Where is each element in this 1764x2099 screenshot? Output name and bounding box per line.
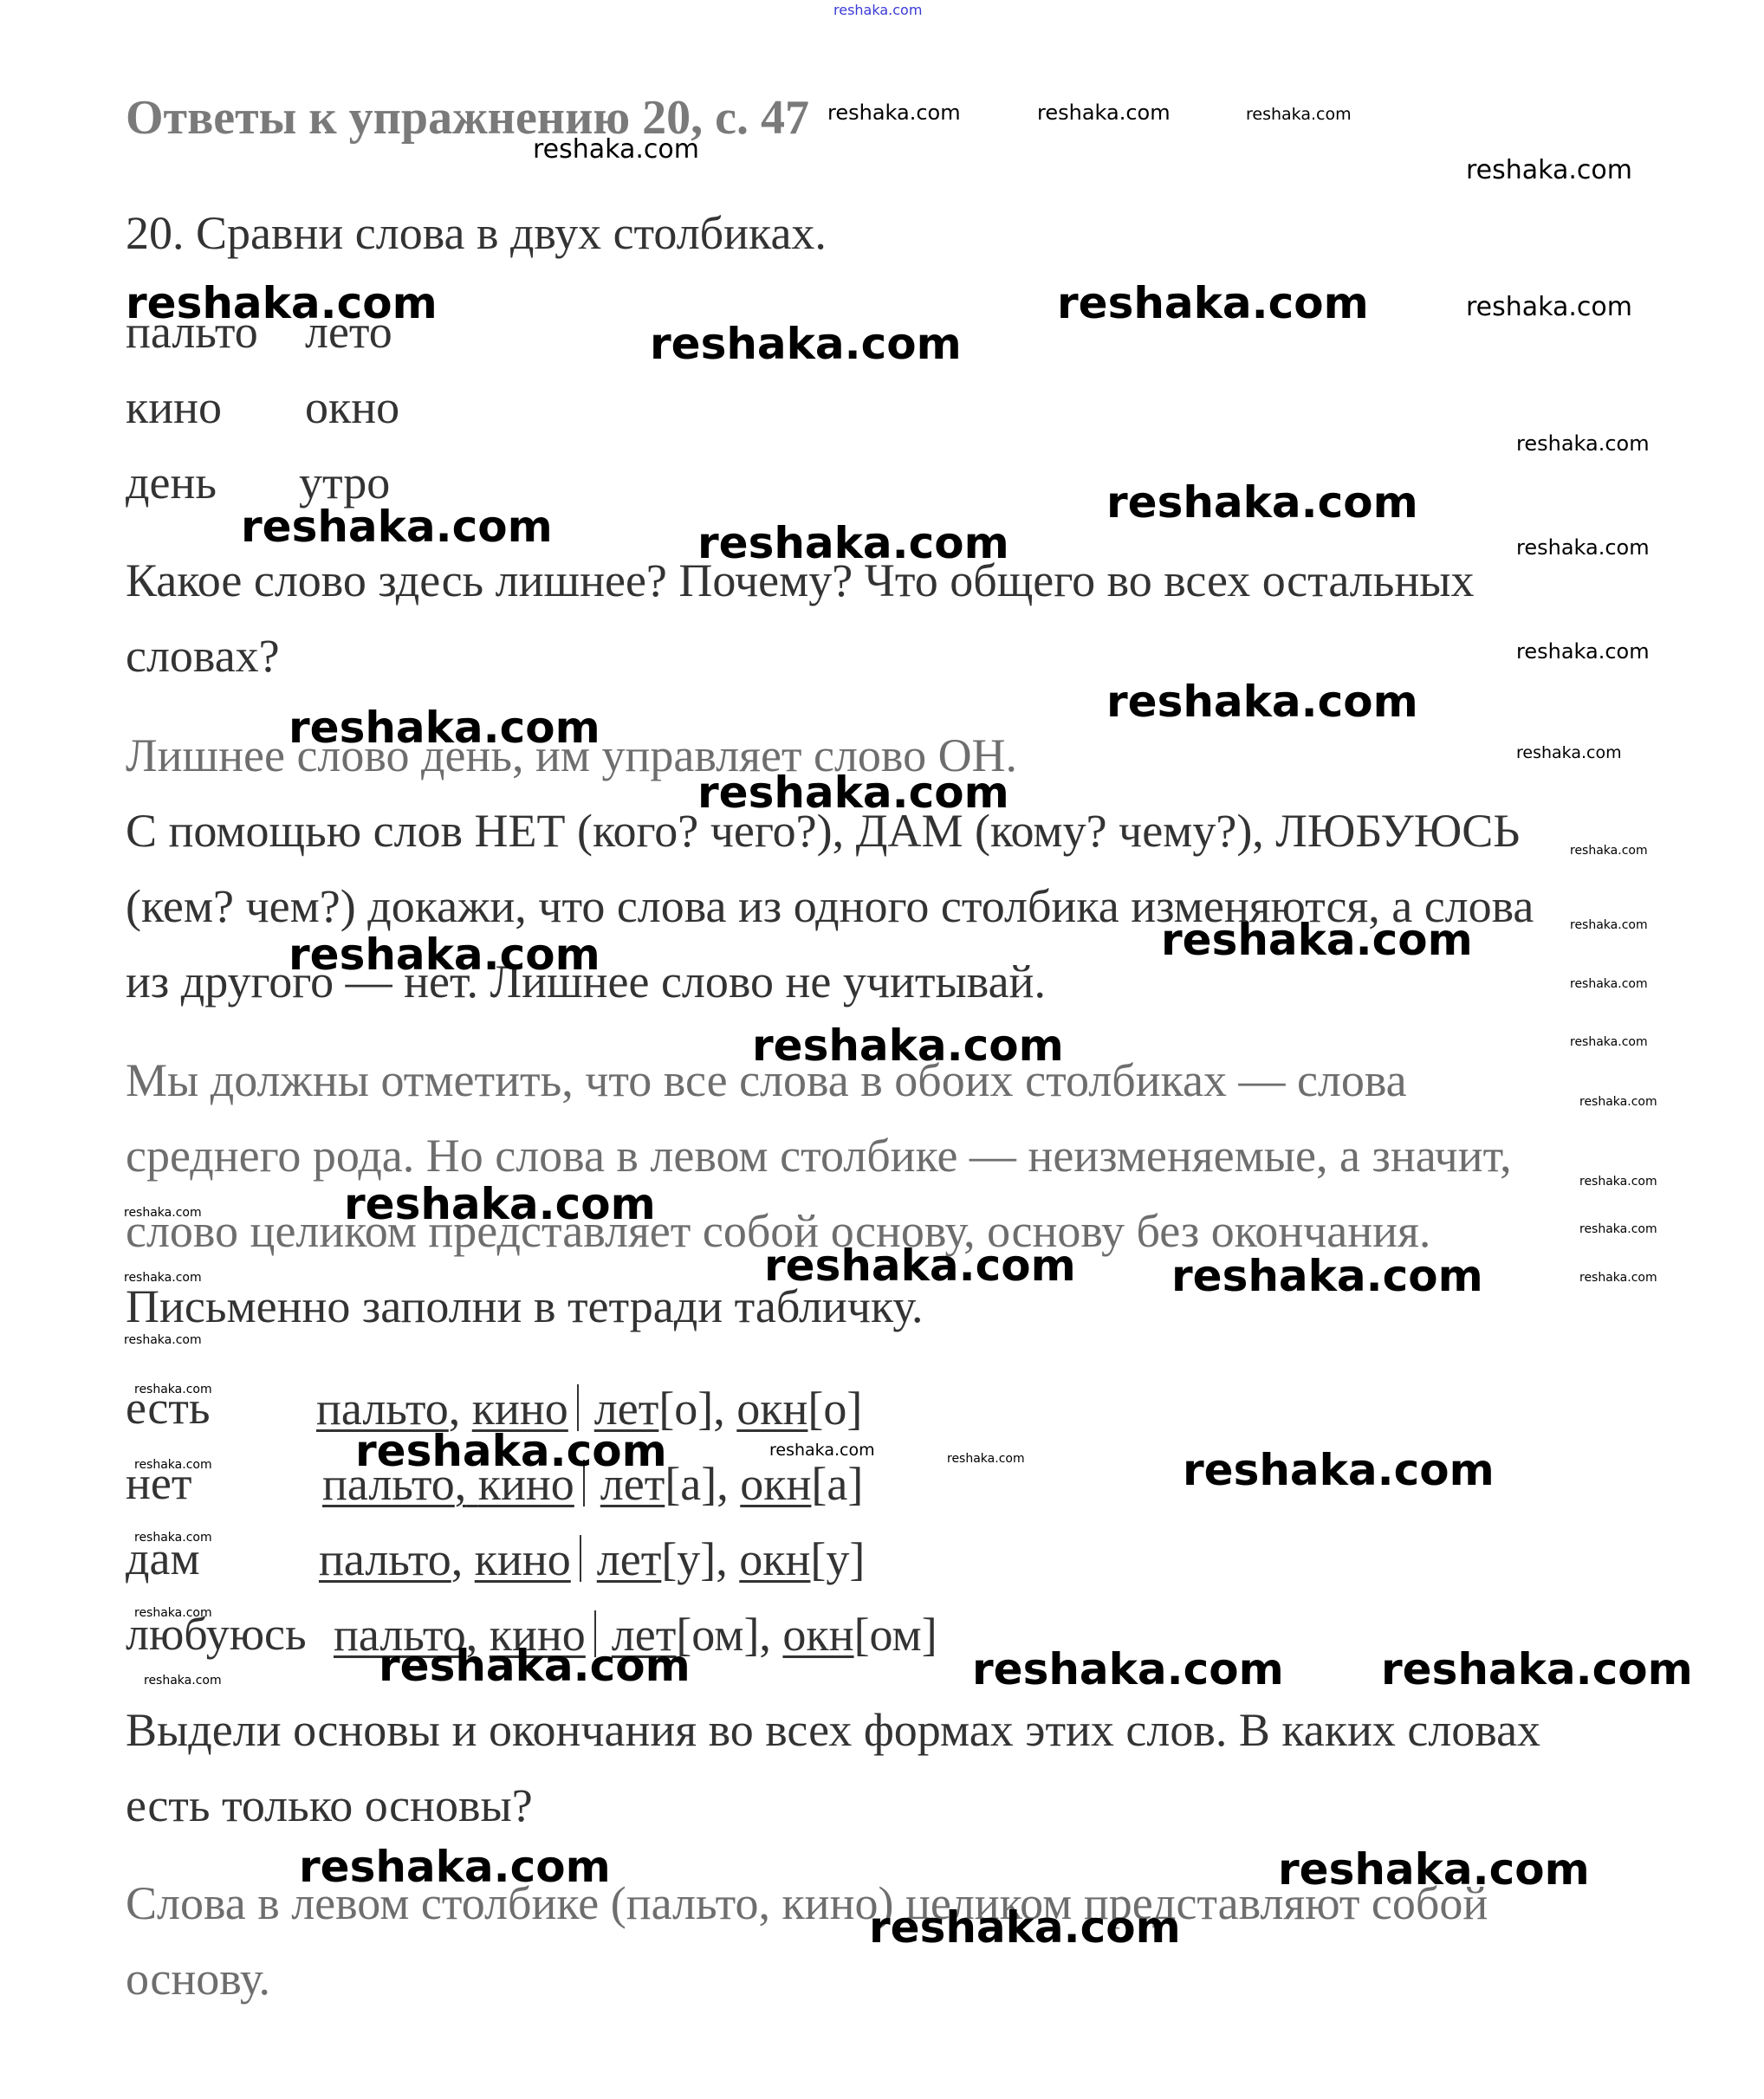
word-kino: кино bbox=[475, 1533, 571, 1585]
separator-bar bbox=[577, 1384, 579, 1431]
ending: [о] bbox=[658, 1383, 713, 1435]
watermark: reshaka.com bbox=[134, 1607, 212, 1619]
watermark: reshaka.com bbox=[1466, 158, 1632, 184]
watermark: reshaka.com bbox=[344, 1182, 656, 1226]
column-left-word-3: день bbox=[126, 459, 217, 506]
watermark: reshaka.com bbox=[379, 1644, 691, 1688]
watermark: reshaka.com bbox=[1161, 918, 1473, 962]
watermark: reshaka.com bbox=[1579, 1272, 1657, 1284]
stem-let: лет bbox=[597, 1533, 662, 1585]
watermark: reshaka.com bbox=[764, 1244, 1076, 1287]
watermark: reshaka.com bbox=[1106, 680, 1418, 723]
watermark: reshaka.com bbox=[1516, 433, 1650, 454]
watermark: reshaka.com bbox=[1570, 1036, 1648, 1048]
column-left-word-2: кино bbox=[126, 384, 222, 431]
column-right-word-2: окно bbox=[305, 384, 399, 431]
watermark: reshaka.com bbox=[1278, 1848, 1590, 1891]
comma: , bbox=[759, 1609, 771, 1661]
watermark: reshaka.com bbox=[124, 1272, 202, 1284]
watermark: reshaka.com bbox=[697, 522, 1009, 565]
exercise-task: 20. Сравни слова в двух столбиках. bbox=[126, 210, 827, 256]
ending: [а] bbox=[665, 1458, 717, 1510]
stem-okn: окн bbox=[782, 1609, 853, 1661]
comma: , bbox=[713, 1383, 725, 1435]
stem-okn: окн bbox=[740, 1458, 811, 1510]
watermark: reshaka.com bbox=[289, 933, 600, 976]
watermark: reshaka.com bbox=[752, 1024, 1064, 1067]
watermark: reshaka.com bbox=[134, 1383, 212, 1396]
watermark: reshaka.com bbox=[134, 1532, 212, 1544]
comma: , bbox=[451, 1533, 464, 1585]
question-3-line-2: есть только основы? bbox=[126, 1782, 533, 1829]
watermark: reshaka.com bbox=[533, 137, 699, 163]
watermark: reshaka.com bbox=[947, 1453, 1025, 1465]
watermark: reshaka.com bbox=[1516, 745, 1622, 761]
ending: [у] bbox=[661, 1533, 716, 1585]
watermark: reshaka.com bbox=[769, 1442, 875, 1459]
watermark: reshaka.com bbox=[1516, 537, 1650, 558]
comma: , bbox=[717, 1458, 729, 1510]
table-row: пальто, кинолет[у], окн[у] bbox=[319, 1535, 865, 1583]
comma: , bbox=[716, 1533, 728, 1585]
question-3-line-1: Выдели основы и окончания во всех формах… bbox=[126, 1707, 1540, 1753]
ending: [о] bbox=[807, 1383, 862, 1435]
watermark: reshaka.com bbox=[827, 102, 961, 123]
column-right-word-3: утро bbox=[299, 459, 390, 506]
watermark: reshaka.com bbox=[869, 1906, 1181, 1949]
answer-2-line-2: среднего рода. Но слова в левом столбике… bbox=[126, 1132, 1512, 1179]
watermark: reshaka.com bbox=[650, 322, 962, 366]
document-page: reshaka.com Ответы к упражнению 20, с. 4… bbox=[0, 0, 1764, 2099]
header-watermark: reshaka.com bbox=[833, 3, 922, 17]
watermark: reshaka.com bbox=[1106, 481, 1418, 524]
watermark: reshaka.com bbox=[972, 1648, 1284, 1691]
word-palto: пальто bbox=[319, 1533, 451, 1585]
watermark: reshaka.com bbox=[1579, 1096, 1657, 1108]
watermark: reshaka.com bbox=[1037, 102, 1171, 123]
ending: [у] bbox=[810, 1533, 865, 1585]
watermark: reshaka.com bbox=[1183, 1448, 1495, 1492]
watermark: reshaka.com bbox=[124, 1334, 202, 1346]
question-1-line-2: словах? bbox=[126, 632, 280, 679]
watermark: reshaka.com bbox=[134, 1459, 212, 1471]
ending: [ом] bbox=[854, 1609, 937, 1661]
watermark: reshaka.com bbox=[1171, 1254, 1483, 1298]
watermark: reshaka.com bbox=[1579, 1223, 1657, 1235]
watermark: reshaka.com bbox=[1570, 845, 1648, 857]
watermark: reshaka.com bbox=[124, 1207, 202, 1219]
answer-3-line-2: основу. bbox=[126, 1955, 270, 2002]
watermark: reshaka.com bbox=[355, 1429, 667, 1473]
watermark: reshaka.com bbox=[1570, 978, 1648, 990]
watermark: reshaka.com bbox=[126, 282, 438, 325]
watermark: reshaka.com bbox=[241, 505, 553, 548]
watermark: reshaka.com bbox=[1381, 1648, 1693, 1691]
watermark: reshaka.com bbox=[1057, 282, 1369, 325]
watermark: reshaka.com bbox=[1579, 1176, 1657, 1188]
table-row: пальто, кинолет[о], окн[о] bbox=[316, 1384, 862, 1432]
ending: [а] bbox=[811, 1458, 863, 1510]
stem-okn: окн bbox=[736, 1383, 807, 1435]
watermark: reshaka.com bbox=[299, 1845, 611, 1888]
watermark: reshaka.com bbox=[1516, 641, 1650, 662]
stem-okn: окн bbox=[739, 1533, 810, 1585]
watermark: reshaka.com bbox=[1570, 919, 1648, 931]
watermark: reshaka.com bbox=[697, 771, 1009, 814]
page-title: Ответы к упражнению 20, с. 47 bbox=[126, 94, 809, 142]
watermark: reshaka.com bbox=[289, 706, 600, 749]
watermark: reshaka.com bbox=[144, 1675, 222, 1687]
watermark: reshaka.com bbox=[1246, 107, 1352, 123]
watermark: reshaka.com bbox=[1466, 295, 1632, 321]
separator-bar bbox=[580, 1535, 581, 1582]
